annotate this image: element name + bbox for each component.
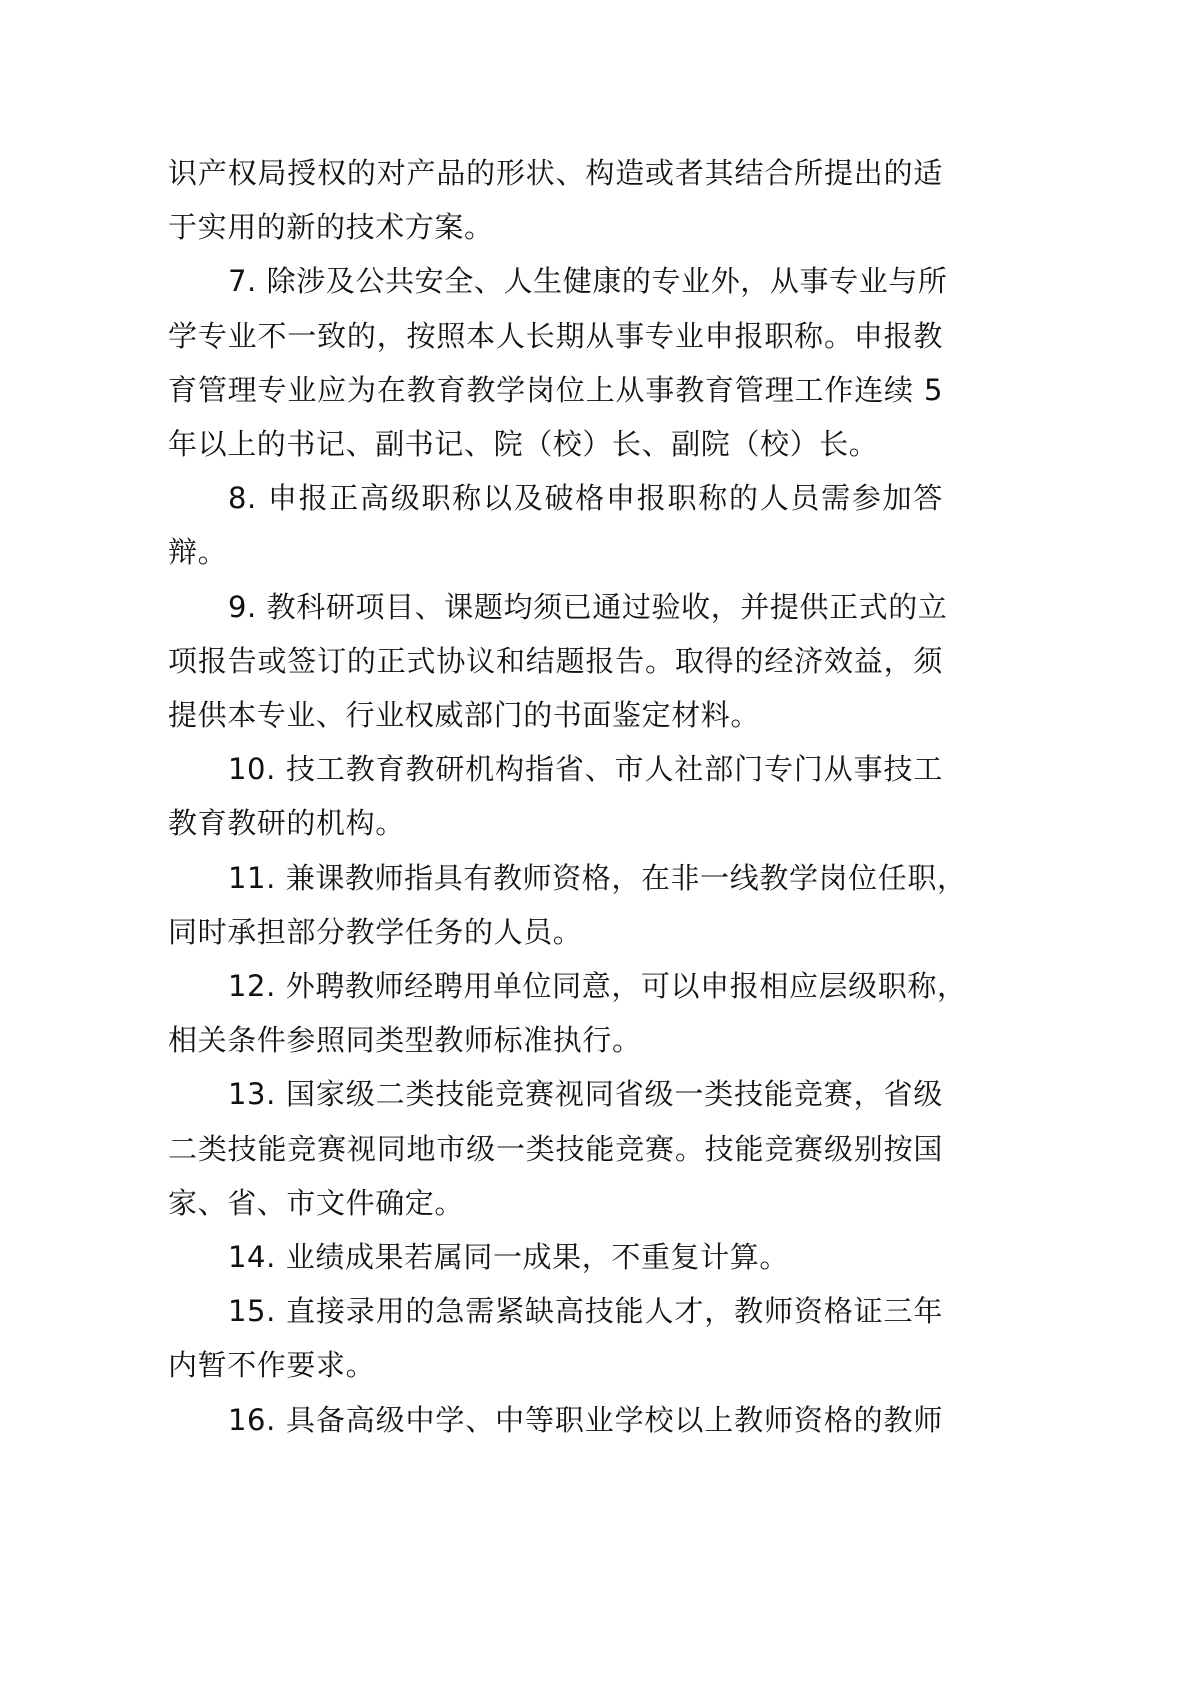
list-item-14: 14. 业绩成果若属同一成果，不重复计算。	[228, 1230, 789, 1284]
text-line: 辩。	[168, 525, 227, 579]
text-line: 家、省、市文件确定。	[168, 1176, 464, 1230]
text-line: 识产权局授权的对产品的形状、构造或者其结合所提出的适	[168, 146, 943, 200]
text-line: 年以上的书记、副书记、院（校）长、副院（校）长。	[168, 417, 878, 471]
text-line: 二类技能竞赛视同地市级一类技能竞赛。技能竞赛级别按国	[168, 1122, 943, 1176]
text-line: 于实用的新的技术方案。	[168, 200, 494, 254]
text-line: 提供本专业、行业权威部门的书面鉴定材料。	[168, 688, 760, 742]
text-line: 同时承担部分教学任务的人员。	[168, 905, 582, 959]
list-item-11: 11. 兼课教师指具有教师资格，在非一线教学岗位任职，	[228, 851, 943, 905]
text-line: 项报告或签订的正式协议和结题报告。取得的经济效益，须	[168, 634, 943, 688]
list-item-15: 15. 直接录用的急需紧缺高技能人才，教师资格证三年	[228, 1284, 943, 1338]
text-line: 相关条件参照同类型教师标准执行。	[168, 1013, 642, 1067]
list-item-8: 8. 申报正高级职称以及破格申报职称的人员需参加答	[228, 471, 943, 525]
list-item-16: 16. 具备高级中学、中等职业学校以上教师资格的教师	[228, 1393, 943, 1447]
list-item-7: 7. 除涉及公共安全、人生健康的专业外，从事专业与所	[228, 254, 943, 308]
text-line: 育管理专业应为在教育教学岗位上从事教育管理工作连续 5	[168, 363, 943, 417]
text-line: 教育教研的机构。	[168, 796, 405, 850]
list-item-13: 13. 国家级二类技能竞赛视同省级一类技能竞赛，省级	[228, 1067, 943, 1121]
list-item-9: 9. 教科研项目、课题均须已通过验收，并提供正式的立	[228, 580, 943, 634]
text-line: 内暂不作要求。	[168, 1338, 375, 1392]
list-item-10: 10. 技工教育教研机构指省、市人社部门专门从事技工	[228, 742, 943, 796]
list-item-12: 12. 外聘教师经聘用单位同意，可以申报相应层级职称，	[228, 959, 943, 1013]
text-line: 学专业不一致的，按照本人长期从事专业申报职称。申报教	[168, 309, 943, 363]
